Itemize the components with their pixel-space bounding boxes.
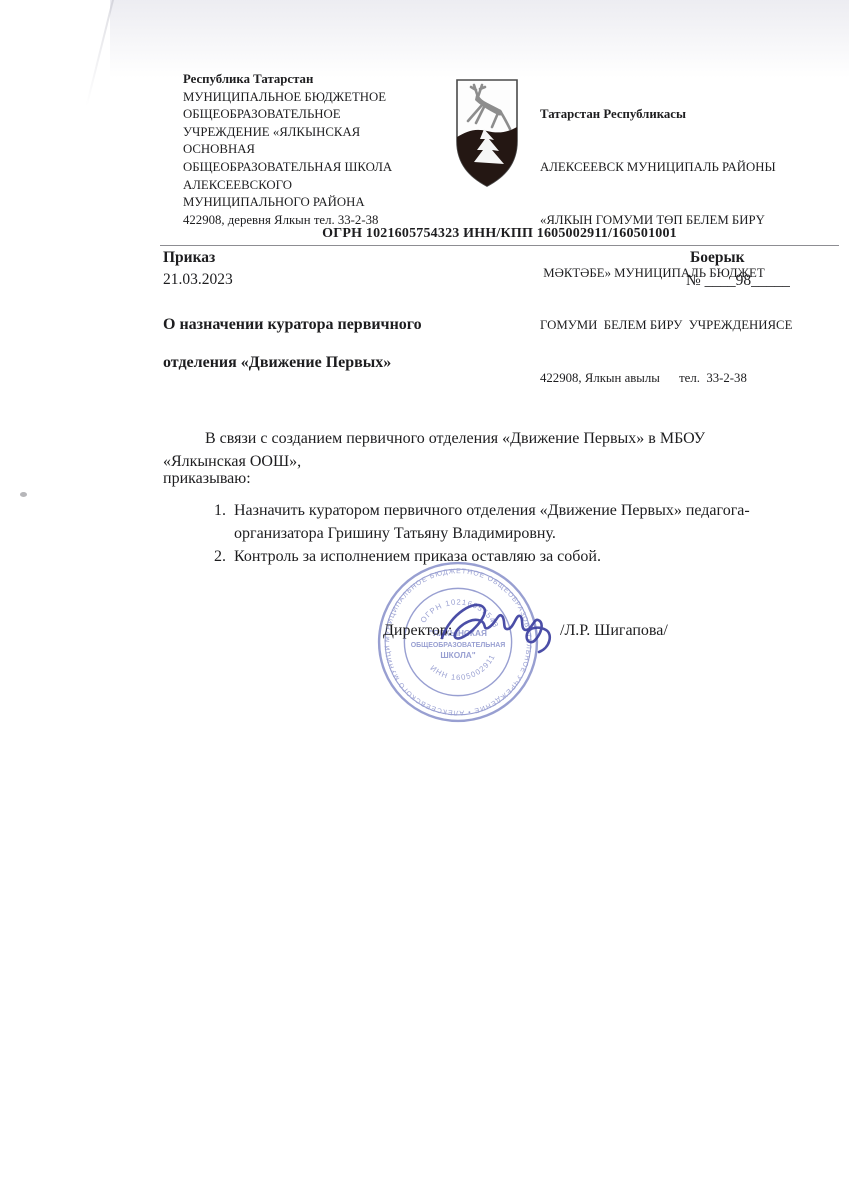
letterhead-ru-line: МУНИЦИПАЛЬНОЕ БЮДЖЕТНОЕ	[183, 89, 453, 107]
letterhead-ru-title: Республика Татарстан	[183, 71, 453, 89]
letterhead-ru-line: МУНИЦИПАЛЬНОГО РАЙОНА	[183, 194, 453, 212]
directive-word: приказываю:	[163, 470, 251, 488]
letterhead-tt-title: Татарстан Республикасы	[540, 106, 840, 124]
ogrn-inn-line: ОГРН 1021605754323 ИНН/КПП 1605002911/16…	[160, 226, 839, 246]
director-name: /Л.Р. Шигапова/	[560, 622, 668, 640]
letterhead-tt-line: АЛЕКСЕЕВСК МУНИЦИПАЛЬ РАЙОНЫ	[540, 159, 840, 177]
letterhead-ru-line: ОБЩЕОБРАЗОВАТЕЛЬНОЕ	[183, 106, 453, 124]
letterhead-russian: Республика Татарстан МУНИЦИПАЛЬНОЕ БЮДЖЕ…	[183, 71, 453, 229]
alekseevsky-coat-of-arms-icon	[453, 77, 521, 189]
scan-speck	[20, 492, 27, 497]
scanned-order-document: Республика Татарстан МУНИЦИПАЛЬНОЕ БЮДЖЕ…	[0, 0, 849, 1200]
body-paragraph: В связи с созданием первичного отделения…	[163, 428, 741, 473]
letterhead-ru-line: АЛЕКСЕЕВСКОГО	[183, 177, 453, 195]
document-title-line2: отделения «Движение Первых»	[163, 344, 643, 382]
order-label-ru: Приказ	[163, 249, 215, 267]
order-number: № ____98_____	[686, 272, 790, 290]
order-item-1: Назначить куратором первичного отделения…	[230, 500, 775, 545]
letterhead-ru-line: ОБЩЕОБРАЗОВАТЕЛЬНАЯ ШКОЛА	[183, 159, 453, 177]
letterhead-ru-line: УЧРЕЖДЕНИЕ «ЯЛКЫНСКАЯ	[183, 124, 453, 142]
order-label-tt: Боерык	[690, 249, 745, 267]
scan-shadow	[110, 0, 849, 78]
document-title-line1: О назначении куратора первичного	[163, 306, 643, 344]
signature-ink	[436, 596, 564, 658]
document-title: О назначении куратора первичного отделен…	[163, 306, 643, 382]
letterhead-ru-line: ОСНОВНАЯ	[183, 141, 453, 159]
order-date: 21.03.2023	[163, 271, 233, 289]
